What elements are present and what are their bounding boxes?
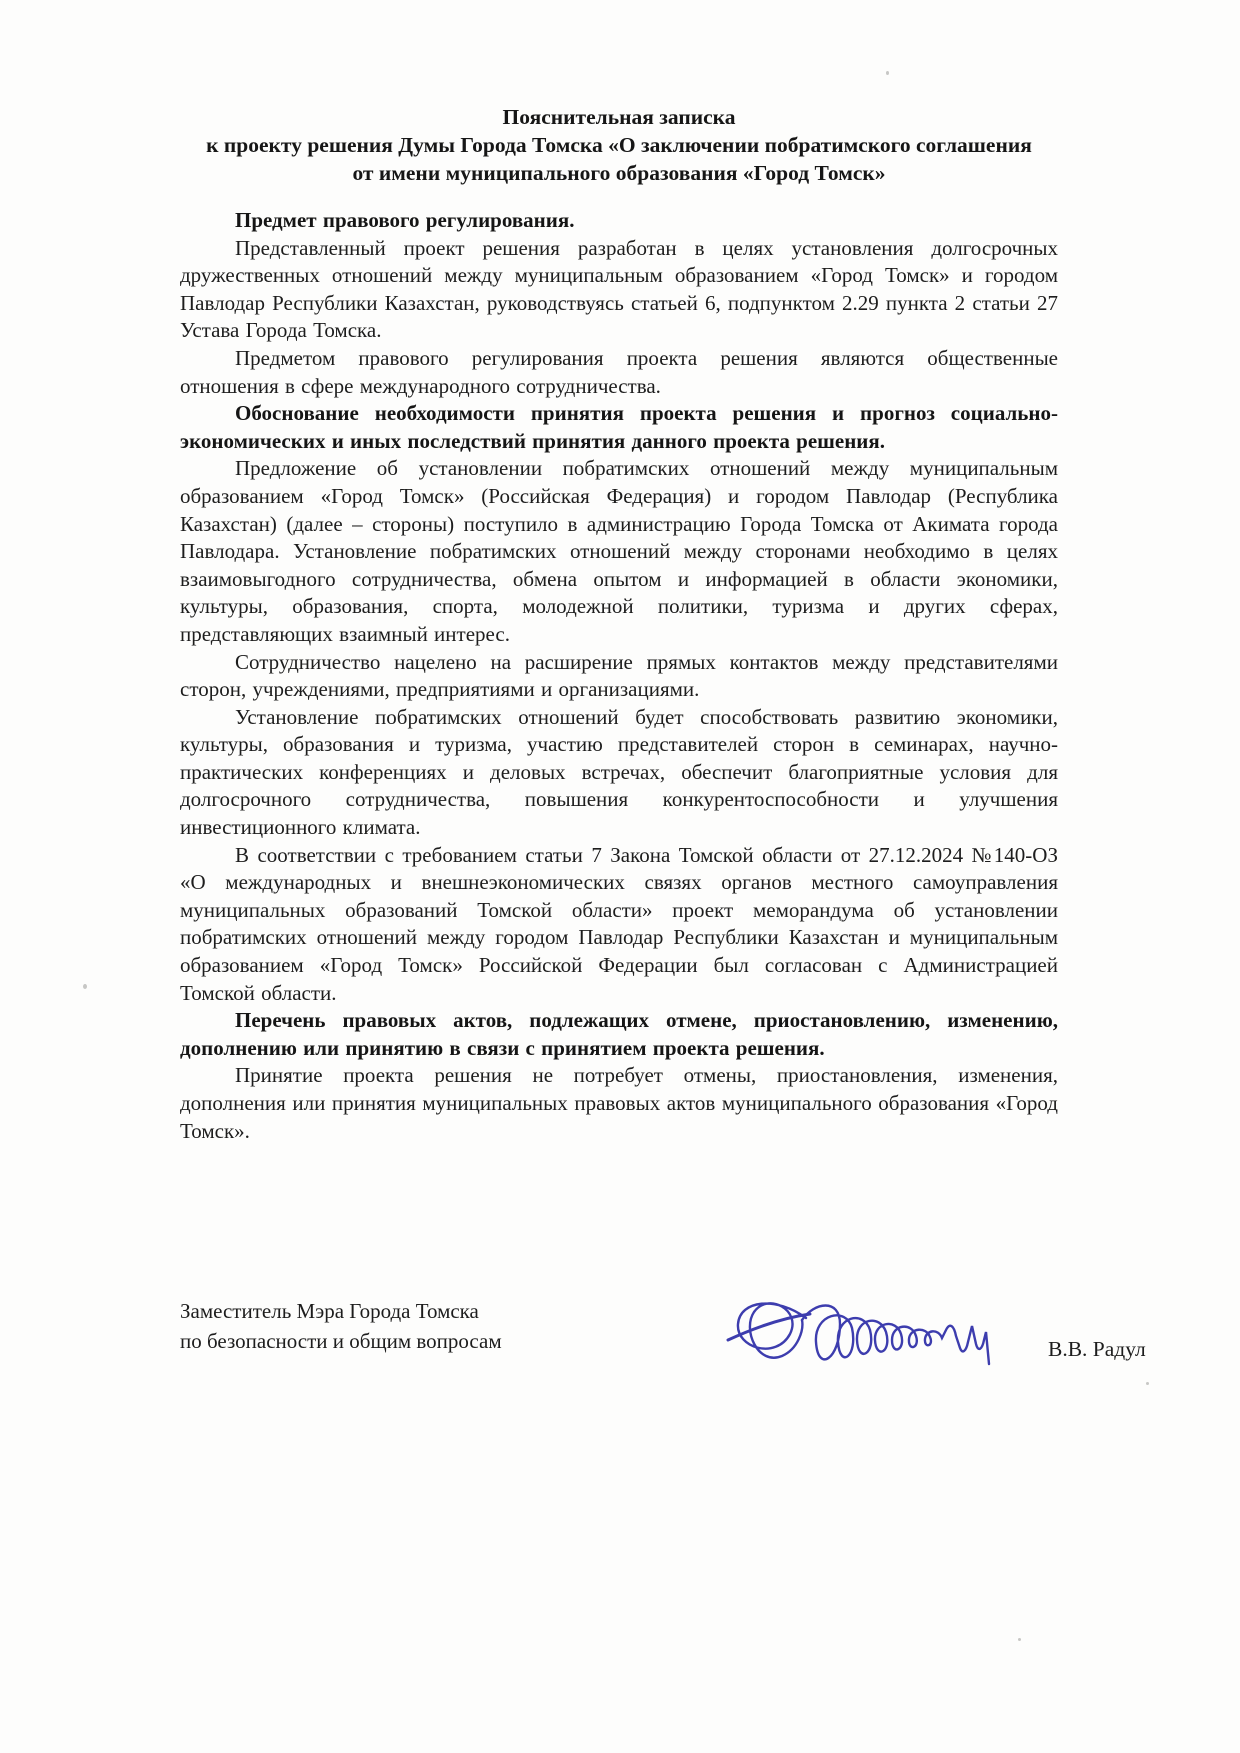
signature-stroke-coil	[802, 1306, 989, 1365]
paragraph: Представленный проект решения разработан…	[180, 235, 1058, 345]
signer-position: Заместитель Мэра Города Томска по безопа…	[180, 1296, 502, 1356]
paragraph: Сотрудничество нацелено на расширение пр…	[180, 649, 1058, 704]
paragraph: Предметом правового регулирования проект…	[180, 345, 1058, 400]
scan-artifact-speck	[1146, 1382, 1149, 1385]
signer-position-line-2: по безопасности и общим вопросам	[180, 1326, 502, 1356]
document-title: Пояснительная записка к проекту решения …	[180, 103, 1058, 187]
section-heading: Предмет правового регулирования.	[180, 207, 1058, 235]
section-heading: Обоснование необходимости принятия проек…	[180, 400, 1058, 455]
paragraph: Установление побратимских отношений буде…	[180, 704, 1058, 842]
title-line-2: к проекту решения Думы Города Томска «О …	[180, 131, 1058, 159]
scan-artifact-speck	[886, 71, 889, 75]
signer-name: В.В. Радул	[1048, 1337, 1146, 1362]
signer-position-line-1: Заместитель Мэра Города Томска	[180, 1296, 502, 1326]
paragraph: В соответствии с требованием статьи 7 За…	[180, 842, 1058, 1008]
paragraph: Принятие проекта решения не потребует от…	[180, 1062, 1058, 1145]
handwritten-signature	[706, 1290, 1026, 1405]
title-line-1: Пояснительная записка	[180, 103, 1058, 131]
paragraph: Предложение об установлении побратимских…	[180, 455, 1058, 648]
title-line-3: от имени муниципального образования «Гор…	[180, 159, 1058, 187]
document-body: Предмет правового регулирования.Представ…	[180, 207, 1058, 1145]
scan-artifact-speck	[83, 984, 87, 989]
scan-artifact-speck	[1018, 1638, 1021, 1641]
document-content: Пояснительная записка к проекту решения …	[180, 103, 1058, 1145]
section-heading: Перечень правовых актов, подлежащих отме…	[180, 1007, 1058, 1062]
scanned-document-page: Пояснительная записка к проекту решения …	[0, 0, 1240, 1753]
